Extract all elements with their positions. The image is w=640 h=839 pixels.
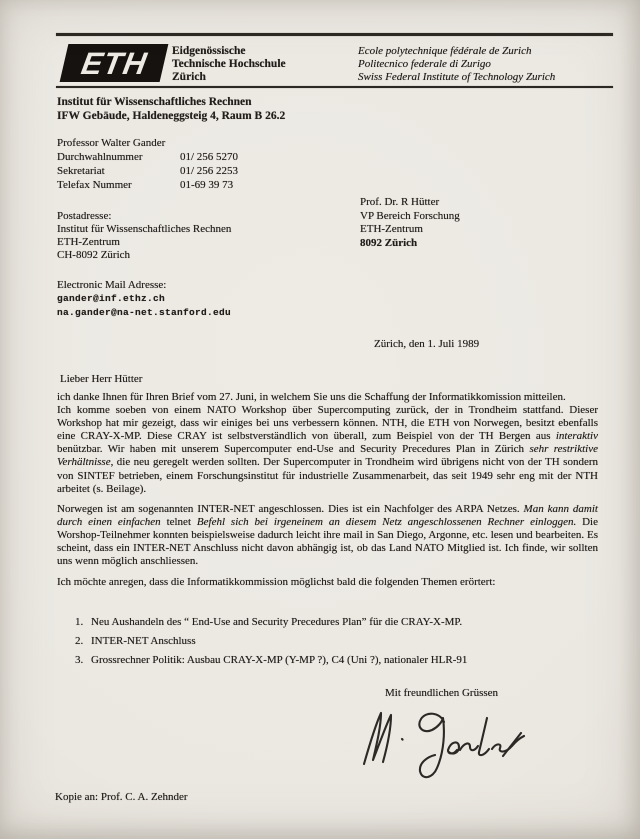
eth-logo: ETH bbox=[60, 44, 169, 82]
p3-text: telnet bbox=[167, 516, 191, 528]
list-number: 1. bbox=[75, 616, 91, 629]
email-label: Electronic Mail Adresse: bbox=[57, 278, 231, 292]
postal-line: CH-8092 Zürich bbox=[57, 249, 231, 262]
list-text: INTER-NET Anschluss bbox=[91, 635, 196, 648]
paragraph-2: Ich komme soeben von einem NATO Workshop… bbox=[57, 404, 598, 496]
phone-row: Durchwahlnummer01/ 256 5270 bbox=[57, 151, 238, 163]
dateline: Zürich, den 1. Juli 1989 bbox=[374, 338, 479, 350]
paragraph-3: Norwegen ist am sogenannten INTER-NET an… bbox=[57, 503, 598, 568]
recipient-city: 8092 Zürich bbox=[360, 237, 460, 251]
recipient-role: VP Bereich Forschung bbox=[360, 210, 460, 224]
list-number: 3. bbox=[75, 654, 91, 667]
list-text: Grossrechner Politik: Ausbau CRAY-X-MP (… bbox=[91, 654, 467, 667]
school-name-international: Ecole polytechnique fédérale de Zurich P… bbox=[358, 45, 555, 84]
eth-logo-text: ETH bbox=[79, 48, 150, 79]
phone-label: Durchwahlnummer bbox=[57, 151, 180, 163]
email-address: gander@inf.ethz.ch bbox=[57, 292, 231, 306]
list-item: 2. INTER-NET Anschluss bbox=[75, 635, 595, 648]
postal-address-block: Postadresse: Institut für Wissenschaftli… bbox=[57, 210, 231, 262]
p2-text: Ich komme soeben von einem NATO Workshop… bbox=[57, 404, 598, 442]
telefax-label: Telefax Nummer bbox=[57, 179, 180, 191]
secretariat-value: 01/ 256 2253 bbox=[180, 165, 238, 177]
institute-address: IFW Gebäude, Haldeneggsteig 4, Raum B 26… bbox=[57, 109, 285, 123]
list-text: Neu Aushandeln des “ End-Use and Securit… bbox=[91, 616, 462, 629]
p2-text: , die neu geregelt werden sollten. Der S… bbox=[57, 456, 598, 494]
postal-line: ETH-Zentrum bbox=[57, 236, 231, 249]
copy-to-line: Kopie an: Prof. C. A. Zehnder bbox=[55, 791, 188, 803]
school-name-german: Eidgenössische Technische Hochschule Zür… bbox=[172, 45, 286, 84]
closing-phrase: Mit freundlichen Grüssen bbox=[385, 687, 498, 699]
institute-block: Institut für Wissenschaftliches Rechnen … bbox=[57, 95, 285, 123]
institute-name: Institut für Wissenschaftliches Rechnen bbox=[57, 95, 285, 109]
scanned-letter-page: ETH Eidgenössische Technische Hochschule… bbox=[0, 0, 640, 839]
recipient-org: ETH-Zentrum bbox=[360, 223, 460, 237]
recipient-name: Prof. Dr. R Hütter bbox=[360, 196, 460, 210]
p2-italic: interaktiv bbox=[556, 430, 598, 442]
school-de-line: Zürich bbox=[172, 71, 286, 84]
header-rule bbox=[56, 86, 613, 88]
sender-name: Professor Walter Gander bbox=[57, 137, 165, 149]
paragraph-1: ich danke Ihnen für Ihren Brief vom 27. … bbox=[57, 391, 598, 404]
secretariat-label: Sekretariat bbox=[57, 165, 180, 177]
school-intl-line: Ecole polytechnique fédérale de Zurich bbox=[358, 45, 555, 58]
postal-label: Postadresse: bbox=[57, 210, 231, 223]
recipient-block: Prof. Dr. R Hütter VP Bereich Forschung … bbox=[360, 196, 460, 250]
signature-drawing bbox=[356, 706, 534, 788]
email-address: na.gander@na-net.stanford.edu bbox=[57, 306, 231, 320]
paragraph-4: Ich möchte anregen, dass die Informatikk… bbox=[57, 576, 598, 589]
list-number: 2. bbox=[75, 635, 91, 648]
school-de-line: Eidgenössische bbox=[172, 45, 286, 58]
telefax-value: 01-69 39 73 bbox=[180, 179, 233, 191]
p2-text: benützbar. Wir haben mit unserem Superco… bbox=[57, 443, 529, 455]
top-rule bbox=[56, 33, 613, 36]
list-item: 1. Neu Aushandeln des “ End-Use and Secu… bbox=[75, 616, 595, 629]
topics-list: 1. Neu Aushandeln des “ End-Use and Secu… bbox=[75, 616, 595, 673]
p3-text: Norwegen ist am sogenannten INTER-NET an… bbox=[57, 503, 524, 515]
list-item: 3. Grossrechner Politik: Ausbau CRAY-X-M… bbox=[75, 654, 595, 667]
school-de-line: Technische Hochschule bbox=[172, 58, 286, 71]
signature bbox=[356, 706, 534, 791]
secretariat-row: Sekretariat01/ 256 2253 bbox=[57, 165, 238, 177]
email-block: Electronic Mail Adresse: gander@inf.ethz… bbox=[57, 278, 231, 320]
telefax-row: Telefax Nummer01-69 39 73 bbox=[57, 179, 233, 191]
phone-value: 01/ 256 5270 bbox=[180, 151, 238, 163]
school-intl-line: Politecnico federale di Zurigo bbox=[358, 58, 555, 71]
letter-body: ich danke Ihnen für Ihren Brief vom 27. … bbox=[57, 391, 598, 589]
salutation: Lieber Herr Hütter bbox=[60, 373, 142, 385]
school-intl-line: Swiss Federal Institute of Technology Zu… bbox=[358, 71, 555, 84]
p3-italic: Befehl sich bei irgeneinem an diesem Net… bbox=[191, 516, 576, 528]
postal-line: Institut für Wissenschaftliches Rechnen bbox=[57, 223, 231, 236]
